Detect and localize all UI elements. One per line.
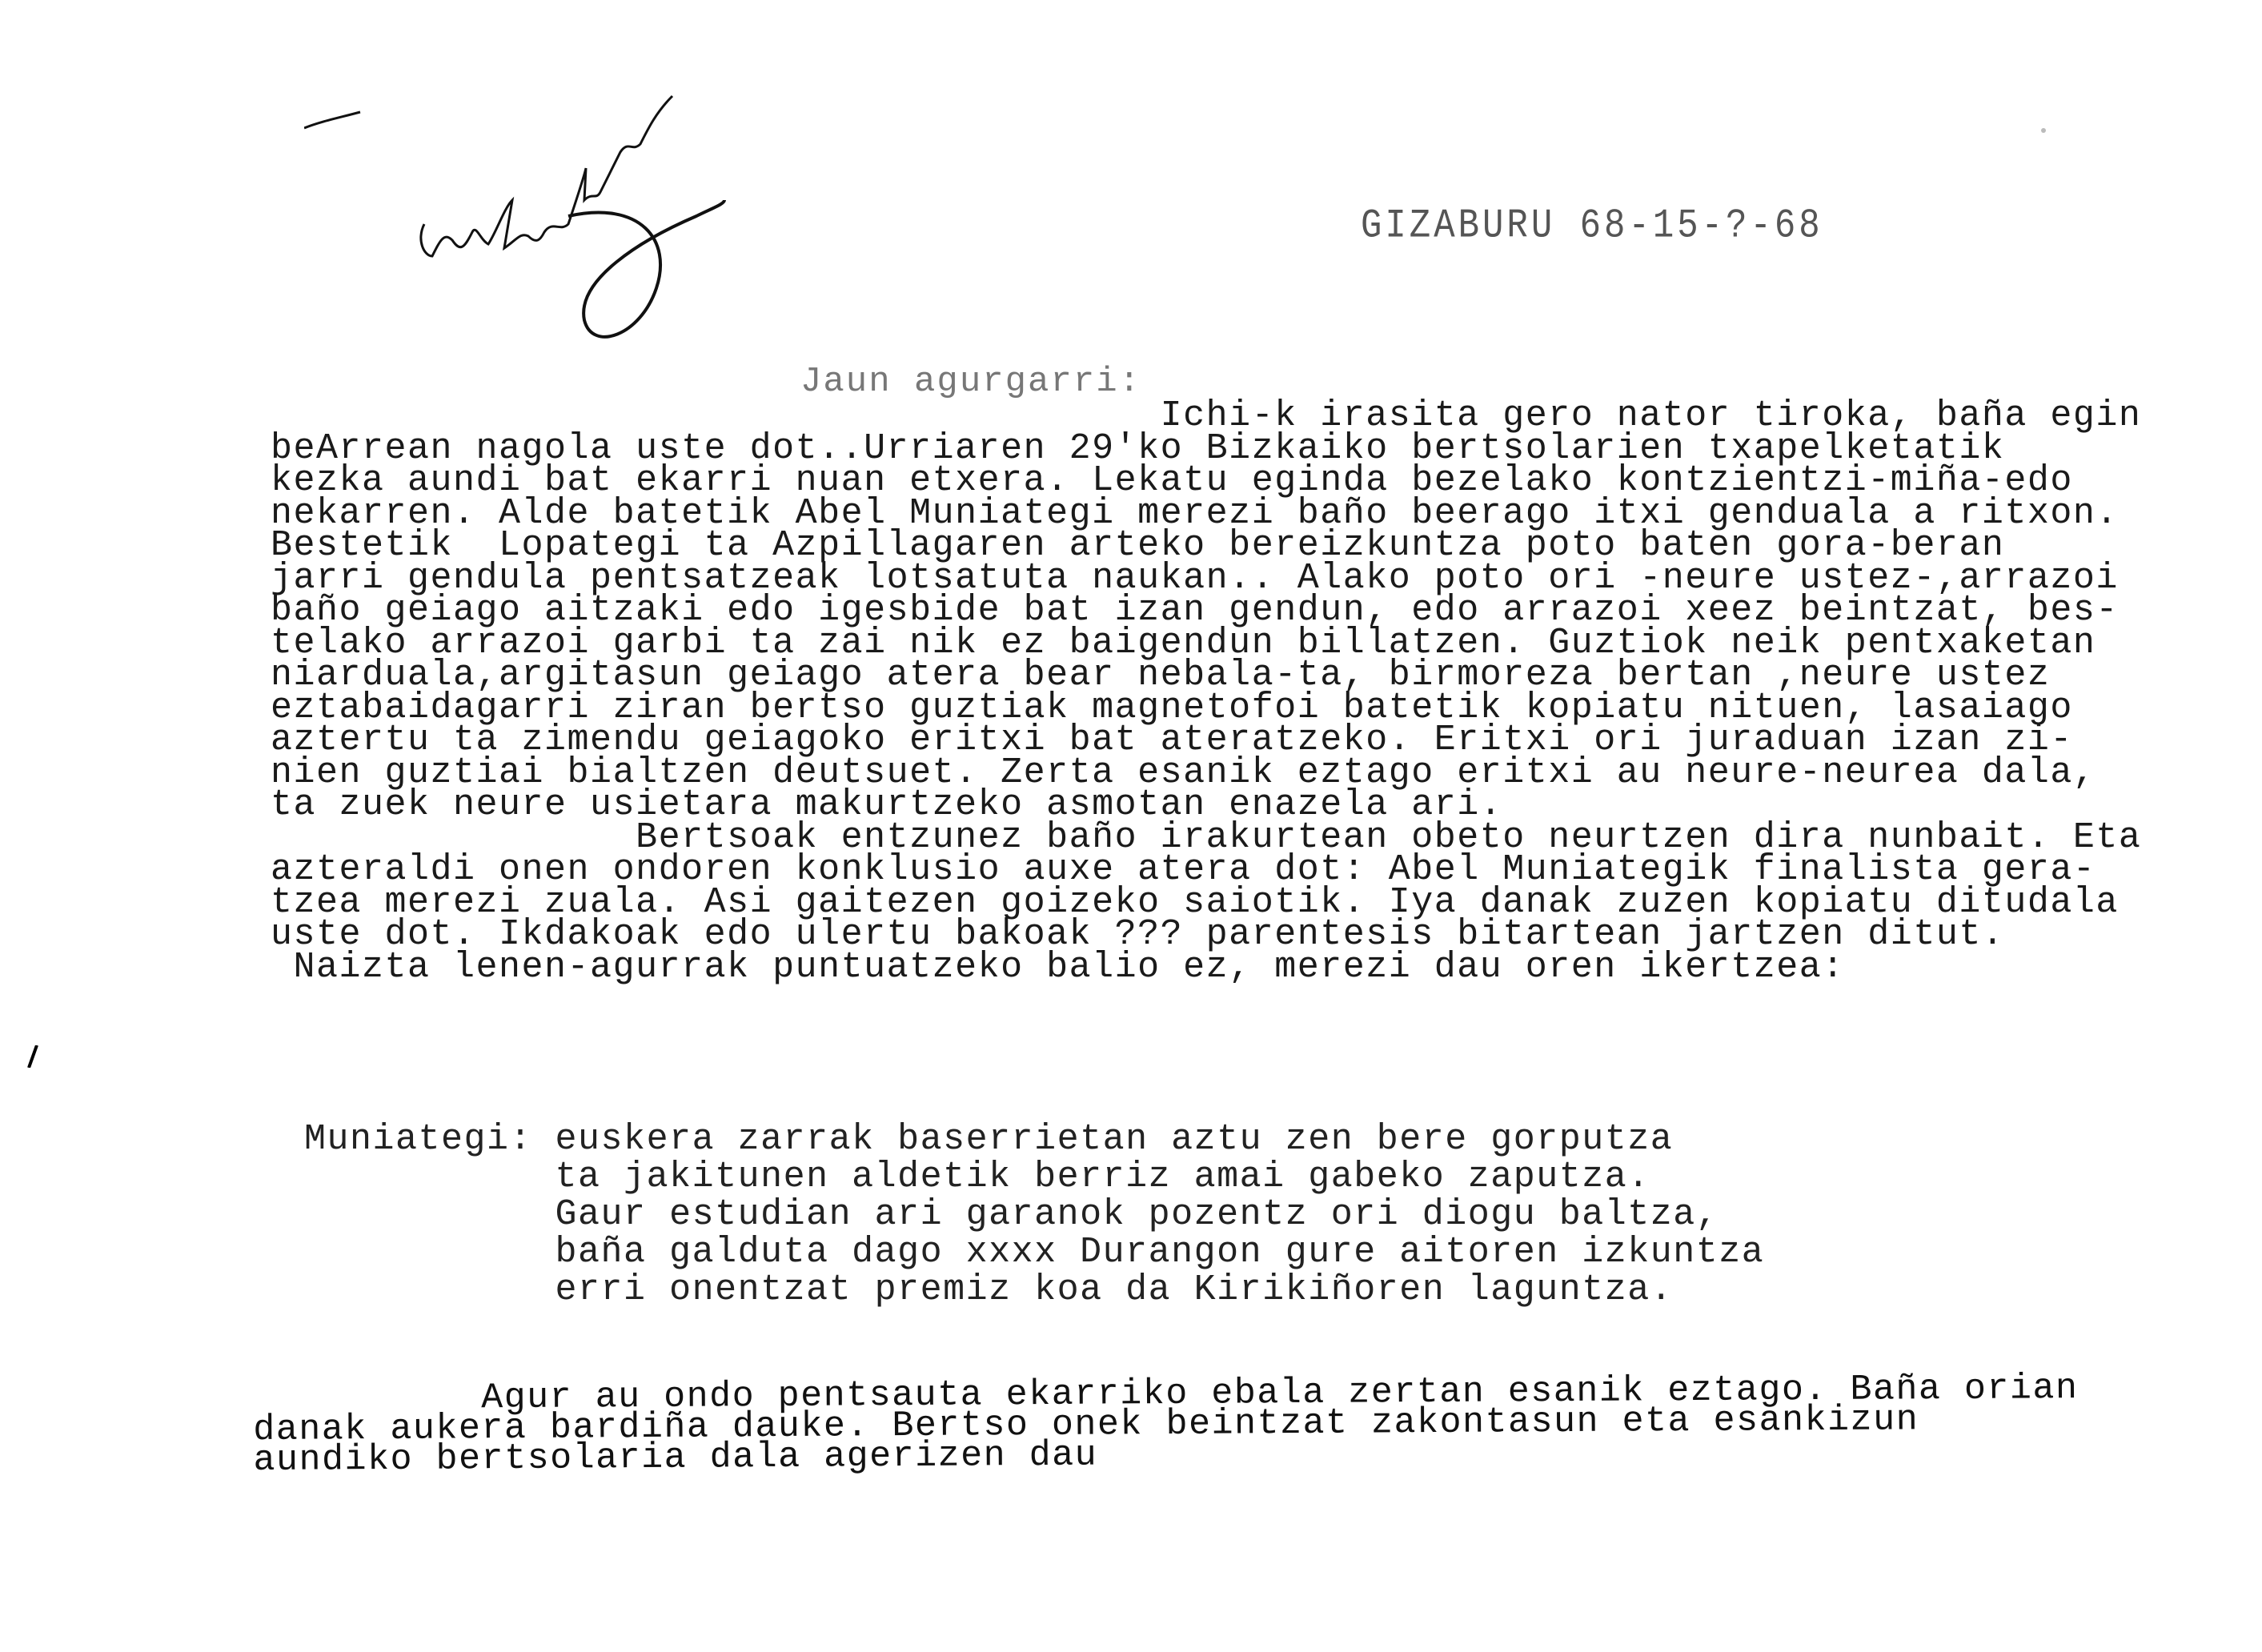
body-line: Naizta lenen-agurrak puntuatzeko balio e… [271,952,2224,984]
verse-line: baña galduta dago xxxx Durangon gure ait… [304,1233,1985,1271]
handwritten-signature-icon [304,80,880,352]
handwritten-annotation: Erantzun deutsat [304,80,880,352]
verse-line: Gaur estudian ari garanok pozentz ori di… [304,1196,1985,1233]
closing-paragraph: Agur au ondo pentsauta ekarriko ebala ze… [253,1373,2215,1476]
scanned-letter-page: Erantzun deutsat GIZABURU 68-15-?-68 Jau… [0,0,2262,1652]
verse-line: ta jakitunen aldetik berriz amai gabeko … [304,1158,1985,1196]
letter-body: Ichi-k irasita gero nator tiroka, baña e… [271,400,2224,984]
verse-block: Muniategi: euskera zarrak baserrietan az… [304,1121,1985,1309]
verse-line: Muniategi: euskera zarrak baserrietan az… [304,1121,1985,1158]
scan-speck [2041,128,2046,133]
margin-tick-icon [27,1045,38,1068]
verse-line: erri onentzat premiz koa da Kirikiñoren … [304,1271,1985,1309]
date-line: GIZABURU 68-15-?-68 [1361,203,1823,250]
